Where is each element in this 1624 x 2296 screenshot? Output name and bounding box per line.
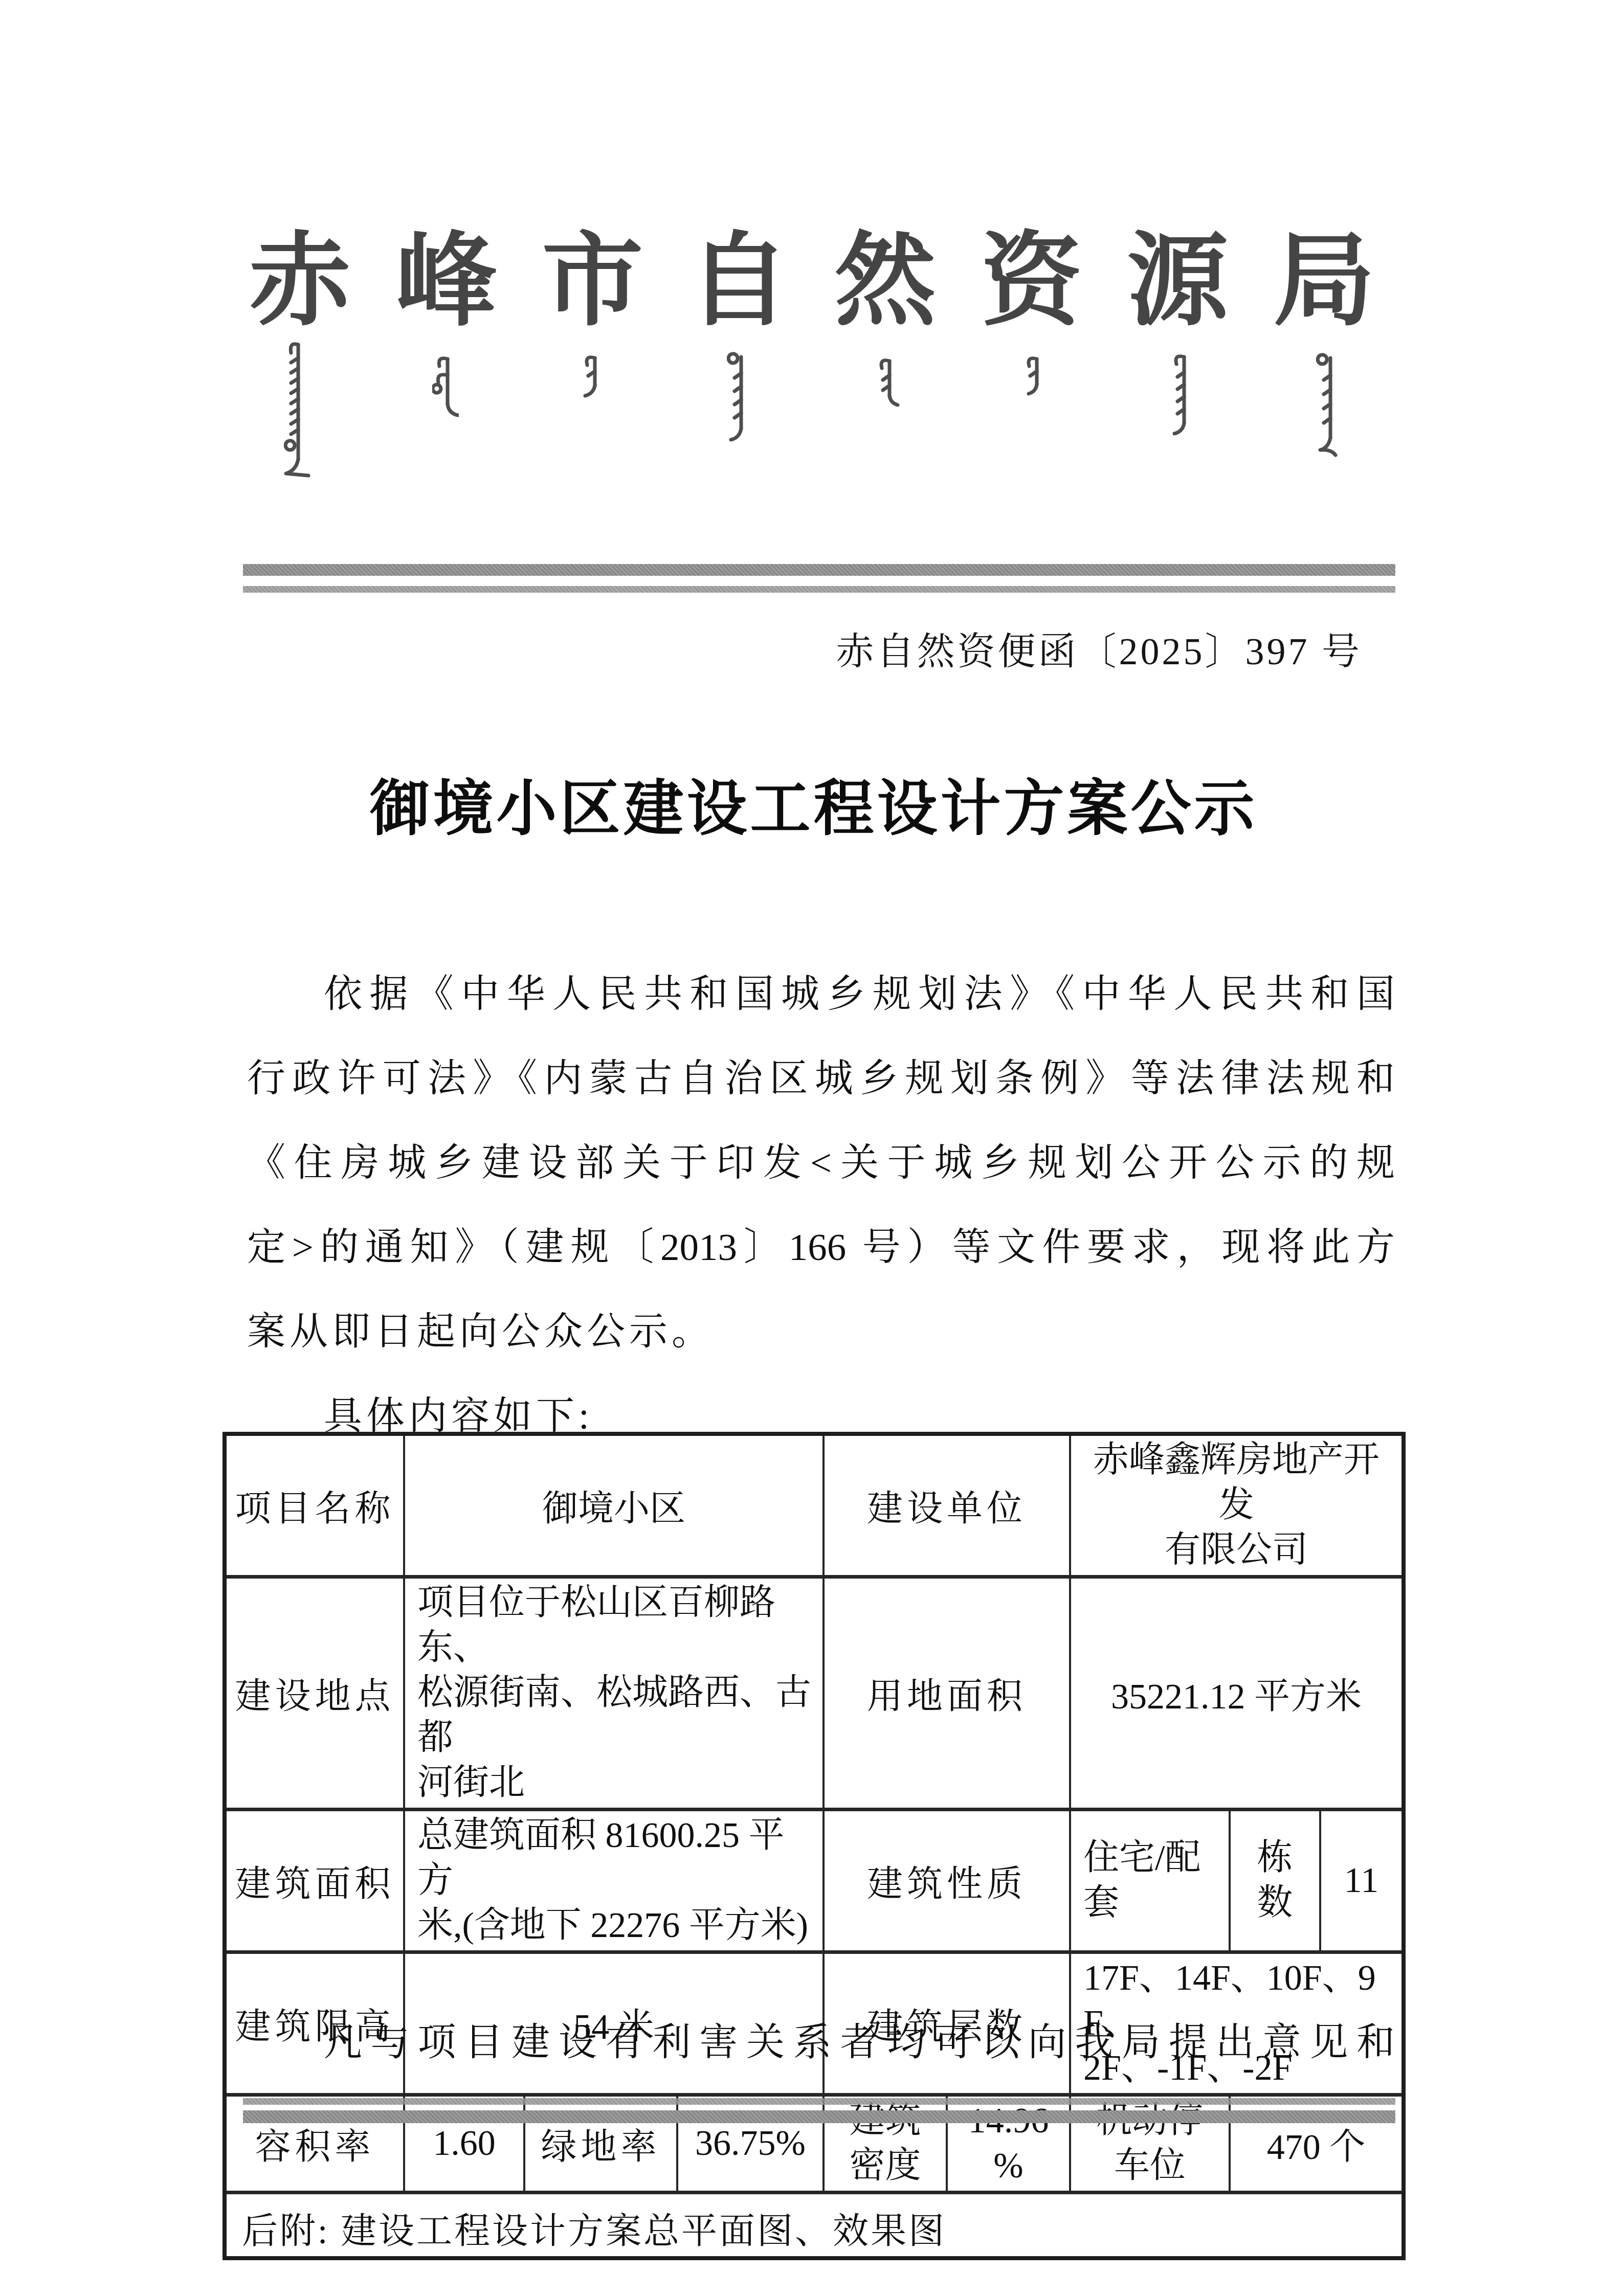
document-number: 赤自然资便函〔2025〕397 号 [836, 633, 1363, 671]
developer-value-line: 有限公司 [1078, 1528, 1394, 1573]
mongolian-script-column [580, 352, 606, 403]
agency-name: 赤峰市自然资源局 [0, 231, 1624, 332]
location-label: 建设地点 [225, 1577, 404, 1810]
notice-title: 御境小区建设工程设计方案公示 [0, 779, 1624, 840]
mongolian-script-column [727, 349, 753, 446]
body-line: 行政许可法》《内蒙古自治区城乡规划条例》等法律法规和 [247, 1037, 1395, 1121]
body-text: 依据《中华人民共和国城乡规划法》《中华人民共和国 行政许可法》《内蒙古自治区城乡… [247, 952, 1395, 1458]
building-use-label: 建筑性质 [824, 1810, 1070, 1952]
table-row: 建筑面积 总建筑面积 81600.25 平方 米,(含地下 22276 平方米)… [225, 1810, 1404, 1952]
table-row: 容积率 1.60 绿地率 36.75% 建筑 密度 14.96 % 机动停 车位… [225, 2095, 1404, 2193]
density-label: 建筑 密度 [824, 2095, 947, 2193]
bottom-rule-thick [243, 2110, 1395, 2123]
developer-label: 建设单位 [824, 1434, 1070, 1577]
body-line: 《住房城乡建设部关于印发<关于城乡规划公开公示的规 [247, 1121, 1395, 1205]
body-line: 依据《中华人民共和国城乡规划法》《中华人民共和国 [247, 952, 1395, 1037]
top-rule-thick [243, 564, 1395, 576]
project-name-value: 御境小区 [404, 1434, 824, 1577]
bottom-rule-thin [243, 2098, 1395, 2105]
parking-value: 470 个 [1230, 2095, 1404, 2193]
floor-area-value-line: 总建筑面积 81600.25 平方 [417, 1813, 813, 1903]
density-label-line: 密度 [832, 2144, 939, 2189]
location-value-line: 松源街南、松城路西、古都 [417, 1671, 813, 1761]
mongolian-script-column [1021, 353, 1048, 401]
parking-label: 机动停 车位 [1070, 2095, 1230, 2193]
footer-text-line: 凡与项目建设有利害关系者均可以向我局提出意见和 [247, 2000, 1395, 2085]
table-row: 项目名称 御境小区 建设单位 赤峰鑫辉房地产开发 有限公司 [225, 1434, 1404, 1577]
location-value-line: 项目位于松山区百柳路东、 [417, 1581, 813, 1671]
green-ratio-label: 绿地率 [524, 2095, 677, 2193]
plot-ratio-value: 1.60 [404, 2095, 524, 2193]
attachment-note: 后附: 建设工程设计方案总平面图、效果图 [225, 2193, 1404, 2259]
developer-value: 赤峰鑫辉房地产开发 有限公司 [1070, 1434, 1404, 1577]
table-row: 建设地点 项目位于松山区百柳路东、 松源街南、松城路西、古都 河街北 用地面积 … [225, 1577, 1404, 1810]
body-line: 案从即日起向公众公示。 [247, 1290, 1395, 1374]
parking-label-line: 车位 [1078, 2144, 1221, 2189]
location-value-line: 河街北 [417, 1761, 813, 1806]
mongolian-script-column [874, 355, 901, 414]
building-use-value: 住宅/配 套 [1070, 1810, 1230, 1952]
mongolian-script-column [432, 353, 459, 424]
building-count-label-line: 数 [1238, 1881, 1312, 1926]
developer-value-line: 赤峰鑫辉房地产开发 [1078, 1438, 1394, 1528]
top-rule-thin [243, 586, 1395, 593]
floor-area-value-line: 米,(含地下 22276 平方米) [417, 1903, 813, 1948]
plot-ratio-label: 容积率 [225, 2095, 404, 2193]
mongolian-script-column [1169, 351, 1195, 440]
floor-area-label: 建筑面积 [225, 1810, 404, 1952]
density-value: 14.96 % [947, 2095, 1070, 2193]
density-value-line: % [955, 2144, 1062, 2189]
body-line: 定>的通知》（建规〔2013〕166 号）等文件要求，现将此方 [247, 1205, 1395, 1290]
mongolian-script-column [284, 337, 310, 481]
location-value: 项目位于松山区百柳路东、 松源街南、松城路西、古都 河街北 [404, 1577, 824, 1810]
building-count-label: 栋 数 [1230, 1810, 1320, 1952]
building-use-value-line: 住宅/配 [1083, 1836, 1219, 1881]
building-use-value-line: 套 [1083, 1881, 1219, 1926]
building-count-label-line: 栋 [1238, 1836, 1312, 1881]
project-info-table: 项目名称 御境小区 建设单位 赤峰鑫辉房地产开发 有限公司 建设地点 项目位于松… [223, 1432, 1406, 2260]
green-ratio-value: 36.75% [677, 2095, 824, 2193]
mongolian-script-column [1316, 350, 1343, 457]
building-count-value: 11 [1320, 1810, 1404, 1952]
land-area-label: 用地面积 [824, 1577, 1070, 1810]
document-page: 赤峰市自然资源局 [0, 0, 1624, 2296]
floor-area-value: 总建筑面积 81600.25 平方 米,(含地下 22276 平方米) [404, 1810, 824, 1952]
project-name-label: 项目名称 [225, 1434, 404, 1577]
land-area-value: 35221.12 平方米 [1070, 1577, 1404, 1810]
table-row: 后附: 建设工程设计方案总平面图、效果图 [225, 2193, 1404, 2259]
